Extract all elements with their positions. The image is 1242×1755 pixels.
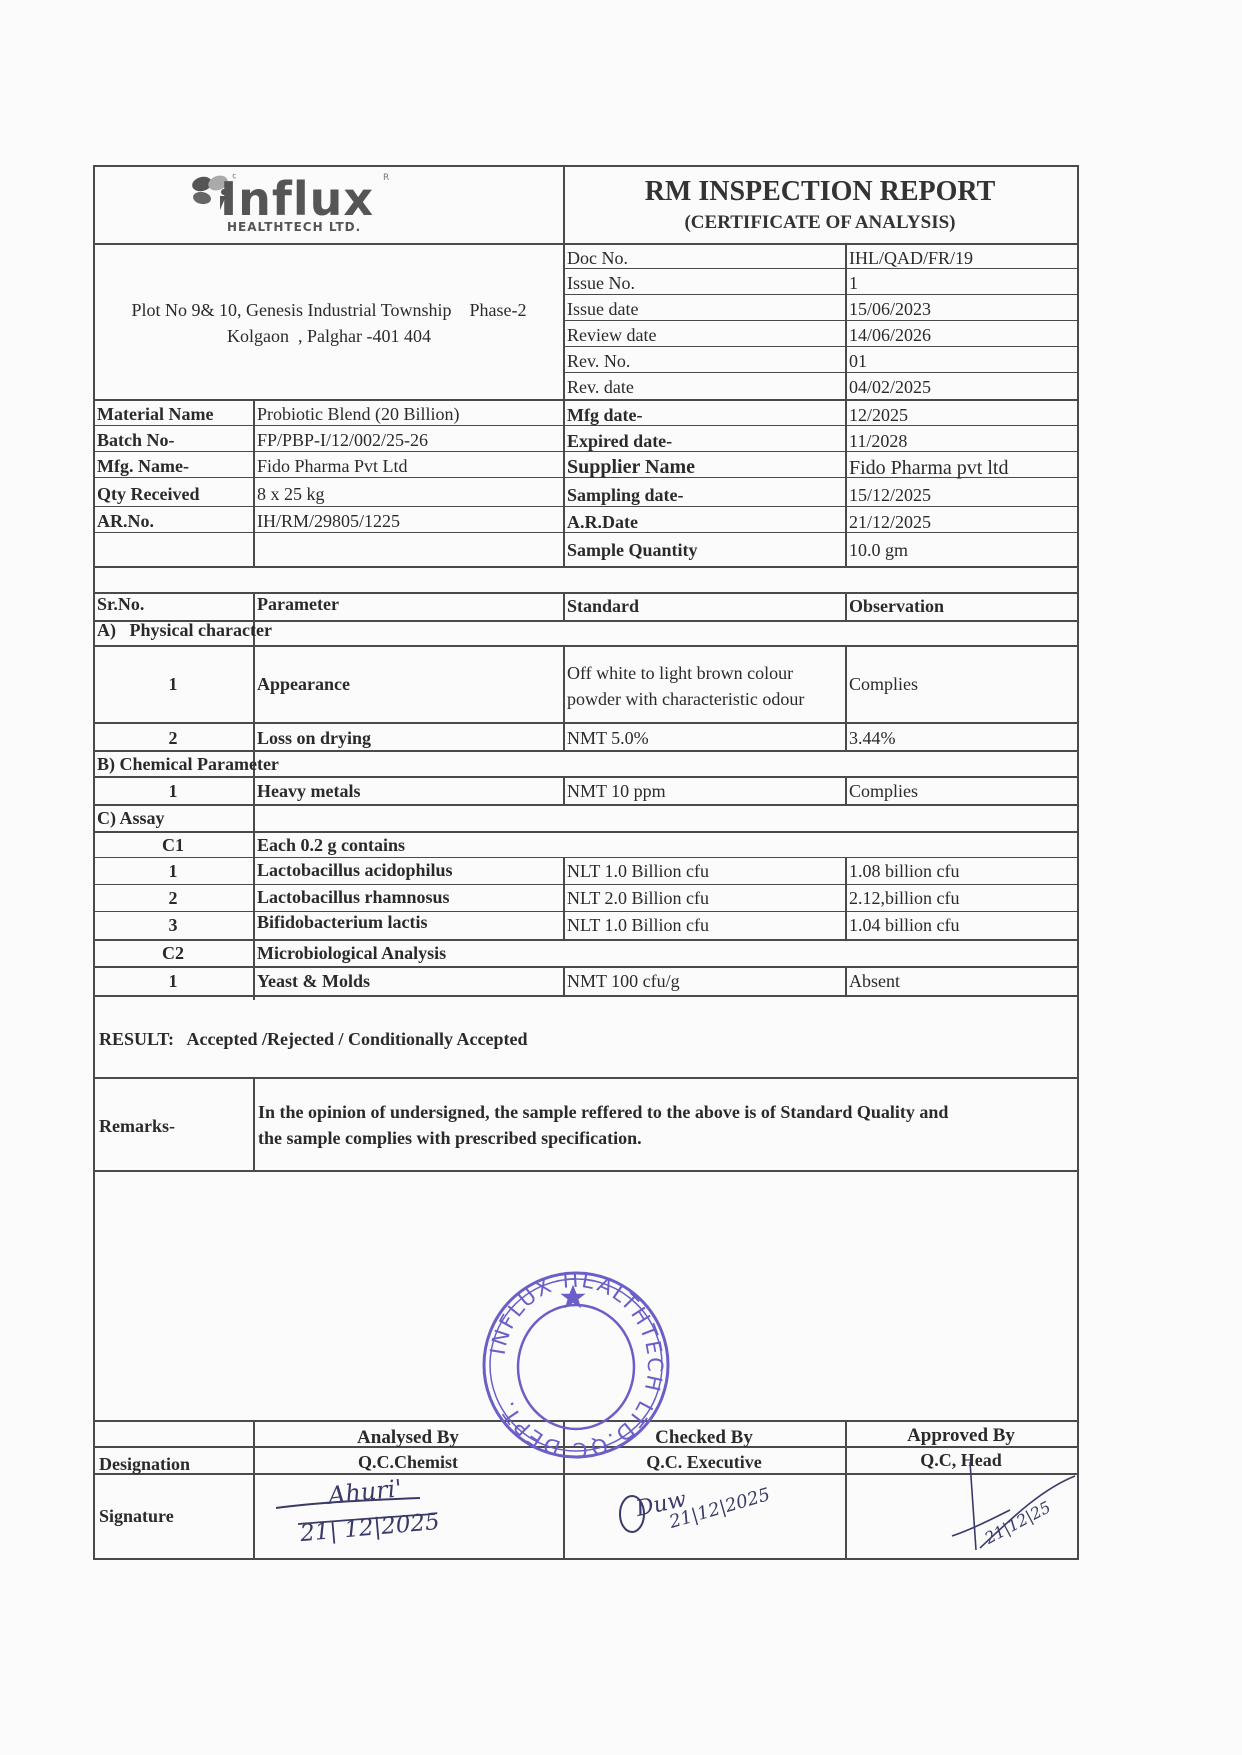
- c1-parameter: Each 0.2 g contains: [257, 836, 405, 854]
- material-info-value: Fido Pharma Pvt Ltd: [257, 457, 408, 475]
- grid-line: [563, 645, 565, 750]
- doc-info-label: Doc No.: [567, 249, 628, 267]
- section-chemical: B) Chemical Parameter: [97, 755, 279, 773]
- acidophilus-standard: NLT 1.0 Billion cfu: [567, 862, 709, 880]
- registered-mark: R: [383, 173, 389, 183]
- col-header-parameter: Parameter: [257, 595, 339, 613]
- yeast-parameter: Yeast & Molds: [257, 972, 370, 990]
- doc-info-value: 1: [849, 274, 858, 292]
- grid-line: [563, 268, 1077, 269]
- grid-line: [563, 372, 1077, 373]
- signature-head-stroke: [940, 1460, 1080, 1560]
- c2-parameter: Microbiological Analysis: [257, 944, 446, 962]
- grid-line: [563, 165, 565, 243]
- grid-line: [1077, 165, 1079, 1560]
- rhamnosus-parameter: Lactobacillus rhamnosus: [257, 888, 450, 906]
- grid-line: [93, 592, 1077, 594]
- material-info-label-2: A.R.Date: [567, 513, 638, 531]
- grid-line: [93, 1558, 1077, 1560]
- remarks-label: Remarks-: [99, 1117, 175, 1135]
- material-info-label-2: Expired date-: [567, 432, 672, 450]
- appearance-parameter: Appearance: [257, 675, 350, 693]
- address-line-2: Kolgaon , Palghar -401 404: [95, 327, 563, 345]
- material-info-value: IH/RM/29805/1225: [257, 512, 400, 530]
- grid-line: [563, 320, 1077, 321]
- lactis-observation: 1.04 billion cfu: [849, 916, 960, 934]
- report-subtitle: (CERTIFICATE OF ANALYSIS): [563, 213, 1077, 232]
- company-logo: Influx R HEALTHTECH LTD.: [190, 172, 410, 234]
- heavy-metals-parameter: Heavy metals: [257, 782, 360, 800]
- company-subtitle: HEALTHTECH LTD.: [227, 220, 361, 234]
- doc-info-value: 14/06/2026: [849, 326, 931, 344]
- material-info-label: Qty Received: [97, 485, 199, 503]
- lactis-sr: 3: [93, 916, 253, 934]
- material-info-value-2: 10.0 gm: [849, 541, 908, 559]
- grid-line: [93, 1077, 1077, 1079]
- grid-line: [845, 857, 847, 939]
- grid-line: [93, 645, 1077, 647]
- grid-line: [845, 966, 847, 995]
- grid-line: [93, 831, 1077, 833]
- remarks-line-2: the sample complies with prescribed spec…: [258, 1129, 642, 1147]
- grid-line: [253, 1077, 255, 1170]
- lod-observation: 3.44%: [849, 729, 896, 747]
- report-title: RM INSPECTION REPORT: [563, 178, 1077, 206]
- signature-label: Signature: [99, 1507, 174, 1525]
- grid-line: [93, 399, 1077, 401]
- grid-line: [93, 532, 1077, 533]
- material-info-value-2: 12/2025: [849, 406, 908, 424]
- material-info-label-2: Mfg date-: [567, 406, 642, 424]
- yeast-sr: 1: [93, 972, 253, 990]
- doc-info-value: IHL/QAD/FR/19: [849, 249, 973, 267]
- grid-line: [93, 966, 1077, 968]
- material-info-value-2: 11/2028: [849, 432, 907, 450]
- doc-info-label: Rev. date: [567, 378, 634, 396]
- yeast-observation: Absent: [849, 972, 900, 990]
- lod-parameter: Loss on drying: [257, 729, 371, 747]
- material-info-value: 8 x 25 kg: [257, 485, 325, 503]
- grid-line: [93, 804, 1077, 806]
- address-line-1: Plot No 9& 10, Genesis Industrial Townsh…: [95, 301, 563, 319]
- grid-line: [93, 243, 1077, 245]
- material-info-value: Probiotic Blend (20 Billion): [257, 405, 460, 423]
- doc-info-label: Review date: [567, 326, 656, 344]
- analysed-by-header: Analysed By: [253, 1428, 563, 1447]
- material-info-value-2: 15/12/2025: [849, 486, 931, 504]
- heavy-metals-observation: Complies: [849, 782, 918, 800]
- lod-standard: NMT 5.0%: [567, 729, 649, 747]
- material-info-label: Batch No-: [97, 431, 175, 449]
- grid-line: [563, 776, 565, 804]
- grid-line: [563, 294, 1077, 295]
- grid-line: [93, 165, 1077, 167]
- material-info-label-2: Supplier Name: [567, 457, 695, 477]
- lod-sr: 2: [93, 729, 253, 747]
- grid-line: [93, 1170, 1077, 1172]
- grid-line: [563, 857, 565, 939]
- approved-by-header: Approved By: [845, 1426, 1077, 1445]
- grid-line: [93, 506, 1077, 507]
- acidophilus-sr: 1: [93, 862, 253, 880]
- col-header-srno: Sr.No.: [97, 595, 144, 613]
- grid-line: [845, 645, 847, 750]
- grid-line: [93, 776, 1077, 778]
- doc-info-value: 01: [849, 352, 867, 370]
- remarks-line-1: In the opinion of undersigned, the sampl…: [258, 1103, 948, 1121]
- designation-executive: Q.C. Executive: [563, 1453, 845, 1471]
- grid-line: [563, 592, 565, 620]
- checked-by-header: Checked By: [563, 1428, 845, 1447]
- material-info-label: AR.No.: [97, 512, 154, 530]
- material-info-label-2: Sample Quantity: [567, 541, 698, 559]
- lactis-parameter: Bifidobacterium lactis: [257, 913, 427, 931]
- heavy-metals-sr: 1: [93, 782, 253, 800]
- rhamnosus-sr: 2: [93, 889, 253, 907]
- grid-line: [93, 425, 1077, 426]
- appearance-standard-1: Off white to light brown colour: [567, 664, 793, 682]
- acidophilus-parameter: Lactobacillus acidophilus: [257, 861, 453, 879]
- appearance-observation: Complies: [849, 675, 918, 693]
- grid-line: [93, 884, 1077, 885]
- grid-line: [563, 346, 1077, 347]
- material-info-label: Mfg. Name-: [97, 457, 189, 475]
- appearance-standard-2: powder with characteristic odour: [567, 690, 804, 708]
- designation-chemist: Q.C.Chemist: [253, 1453, 563, 1471]
- rhamnosus-observation: 2.12,billion cfu: [849, 889, 960, 907]
- grid-line: [93, 911, 1077, 912]
- result-line: RESULT: Accepted /Rejected / Conditional…: [99, 1030, 527, 1048]
- lactis-standard: NLT 1.0 Billion cfu: [567, 916, 709, 934]
- grid-line: [563, 243, 565, 566]
- grid-line: [93, 995, 1077, 997]
- material-info-value-2: 21/12/2025: [849, 513, 931, 531]
- company-name: Influx: [220, 172, 374, 226]
- material-info-value-2: Fido Pharma pvt ltd: [849, 458, 1008, 478]
- grid-line: [845, 243, 847, 566]
- grid-line: [845, 592, 847, 620]
- col-header-observation: Observation: [849, 597, 944, 615]
- doc-info-value: 04/02/2025: [849, 378, 931, 396]
- section-assay: C) Assay: [97, 809, 165, 827]
- c2-sr: C2: [93, 944, 253, 962]
- material-info-label-2: Sampling date-: [567, 486, 684, 504]
- rhamnosus-standard: NLT 2.0 Billion cfu: [567, 889, 709, 907]
- material-info-label: Material Name: [97, 405, 213, 423]
- c1-sr: C1: [93, 836, 253, 854]
- grid-line: [93, 566, 1077, 568]
- grid-line: [93, 1473, 1077, 1475]
- acidophilus-observation: 1.08 billion cfu: [849, 862, 960, 880]
- doc-info-value: 15/06/2023: [849, 300, 931, 318]
- doc-info-label: Issue date: [567, 300, 638, 318]
- material-info-value: FP/PBP-I/12/002/25-26: [257, 431, 428, 449]
- heavy-metals-standard: NMT 10 ppm: [567, 782, 666, 800]
- doc-info-label: Issue No.: [567, 274, 635, 292]
- appearance-sr: 1: [93, 675, 253, 693]
- grid-line: [845, 776, 847, 804]
- grid-line: [93, 939, 1077, 941]
- grid-line: [563, 966, 565, 995]
- grid-line: [93, 750, 1077, 752]
- grid-line: [93, 451, 1077, 452]
- designation-label: Designation: [99, 1455, 190, 1473]
- grid-line: [93, 722, 1077, 724]
- doc-info-label: Rev. No.: [567, 352, 630, 370]
- section-physical: A) Physical character: [97, 621, 272, 639]
- yeast-standard: NMT 100 cfu/g: [567, 972, 680, 990]
- col-header-standard: Standard: [567, 597, 639, 615]
- grid-line: [93, 857, 1077, 858]
